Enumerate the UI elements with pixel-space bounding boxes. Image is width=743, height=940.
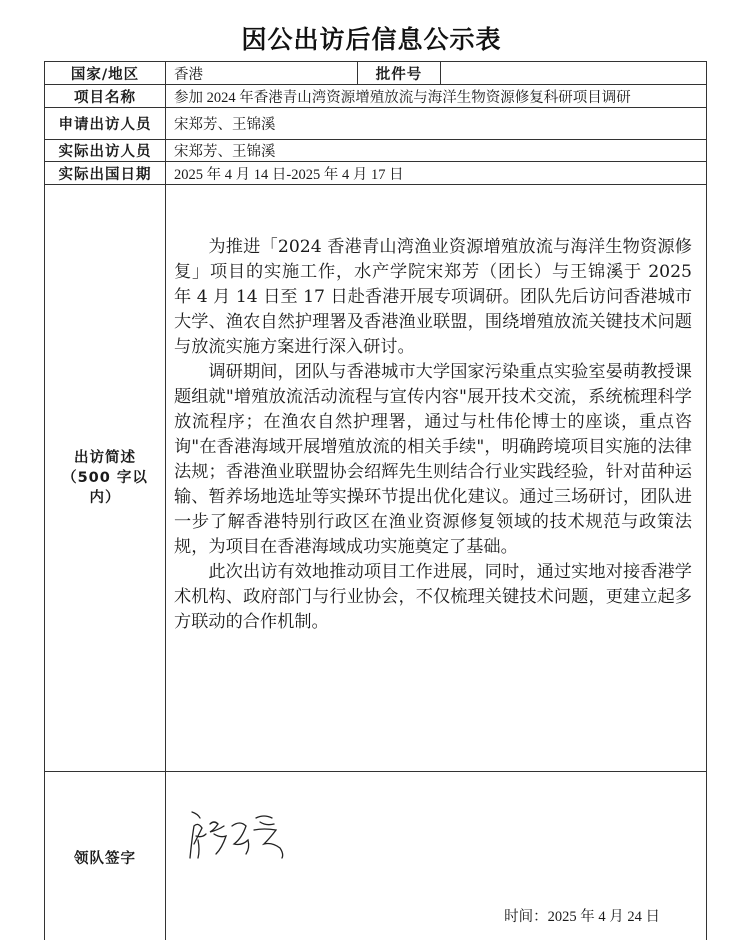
row-actual-dates: 实际出国日期 2025 年 4 月 14 日-2025 年 4 月 17 日 [45, 162, 707, 185]
actual-members-label: 实际出访人员 [45, 140, 166, 162]
row-country: 国家/地区 香港 批件号 [45, 62, 707, 85]
signature-label: 领队签字 [45, 772, 166, 940]
summary-label-title: 出访简述 [53, 448, 157, 468]
row-signature: 领队签字 时间：2025 年 4 月 24 日 [45, 772, 707, 940]
signature-cell: 时间：2025 年 4 月 24 日 [166, 772, 707, 940]
actual-members-value: 宋郑芳、王锦溪 [166, 140, 707, 162]
approval-number-value [441, 62, 707, 85]
page-title: 因公出访后信息公示表 [0, 20, 743, 56]
signature-date: 时间：2025 年 4 月 24 日 [504, 905, 660, 926]
approval-number-label: 批件号 [358, 62, 441, 85]
summary-paragraph: 调研期间，团队与香港城市大学国家污染重点实验室晏萌教授课题组就"增殖放流活动流程… [174, 360, 692, 560]
actual-dates-label: 实际出国日期 [45, 162, 166, 185]
applicants-label: 申请出访人员 [45, 108, 166, 140]
summary-paragraph: 此次出访有效地推动项目工作进展，同时，通过实地对接香港学术机构、政府部门与行业协… [174, 560, 692, 635]
applicants-value: 宋郑芳、王锦溪 [166, 108, 707, 140]
row-applicants: 申请出访人员 宋郑芳、王锦溪 [45, 108, 707, 140]
disclosure-form-table: 国家/地区 香港 批件号 项目名称 参加 2024 年香港青山湾资源增殖放流与海… [44, 61, 707, 940]
project-value: 参加 2024 年香港青山湾资源增殖放流与海洋生物资源修复科研项目调研 [166, 85, 707, 108]
summary-content: 为推进「2024 香港青山湾渔业资源增殖放流与海洋生物资源修复」项目的实施工作，… [166, 185, 707, 772]
summary-paragraph: 为推进「2024 香港青山湾渔业资源增殖放流与海洋生物资源修复」项目的实施工作，… [174, 235, 692, 360]
handwritten-signature-icon [184, 808, 314, 868]
row-summary: 出访简述 （500 字以内） 为推进「2024 香港青山湾渔业资源增殖放流与海洋… [45, 185, 707, 772]
summary-label: 出访简述 （500 字以内） [45, 185, 166, 772]
project-label: 项目名称 [45, 85, 166, 108]
actual-dates-value: 2025 年 4 月 14 日-2025 年 4 月 17 日 [166, 162, 707, 185]
row-project: 项目名称 参加 2024 年香港青山湾资源增殖放流与海洋生物资源修复科研项目调研 [45, 85, 707, 108]
country-label: 国家/地区 [45, 62, 166, 85]
row-actual-members: 实际出访人员 宋郑芳、王锦溪 [45, 140, 707, 162]
country-value: 香港 [166, 62, 358, 85]
summary-label-limit: （500 字以内） [53, 468, 157, 508]
